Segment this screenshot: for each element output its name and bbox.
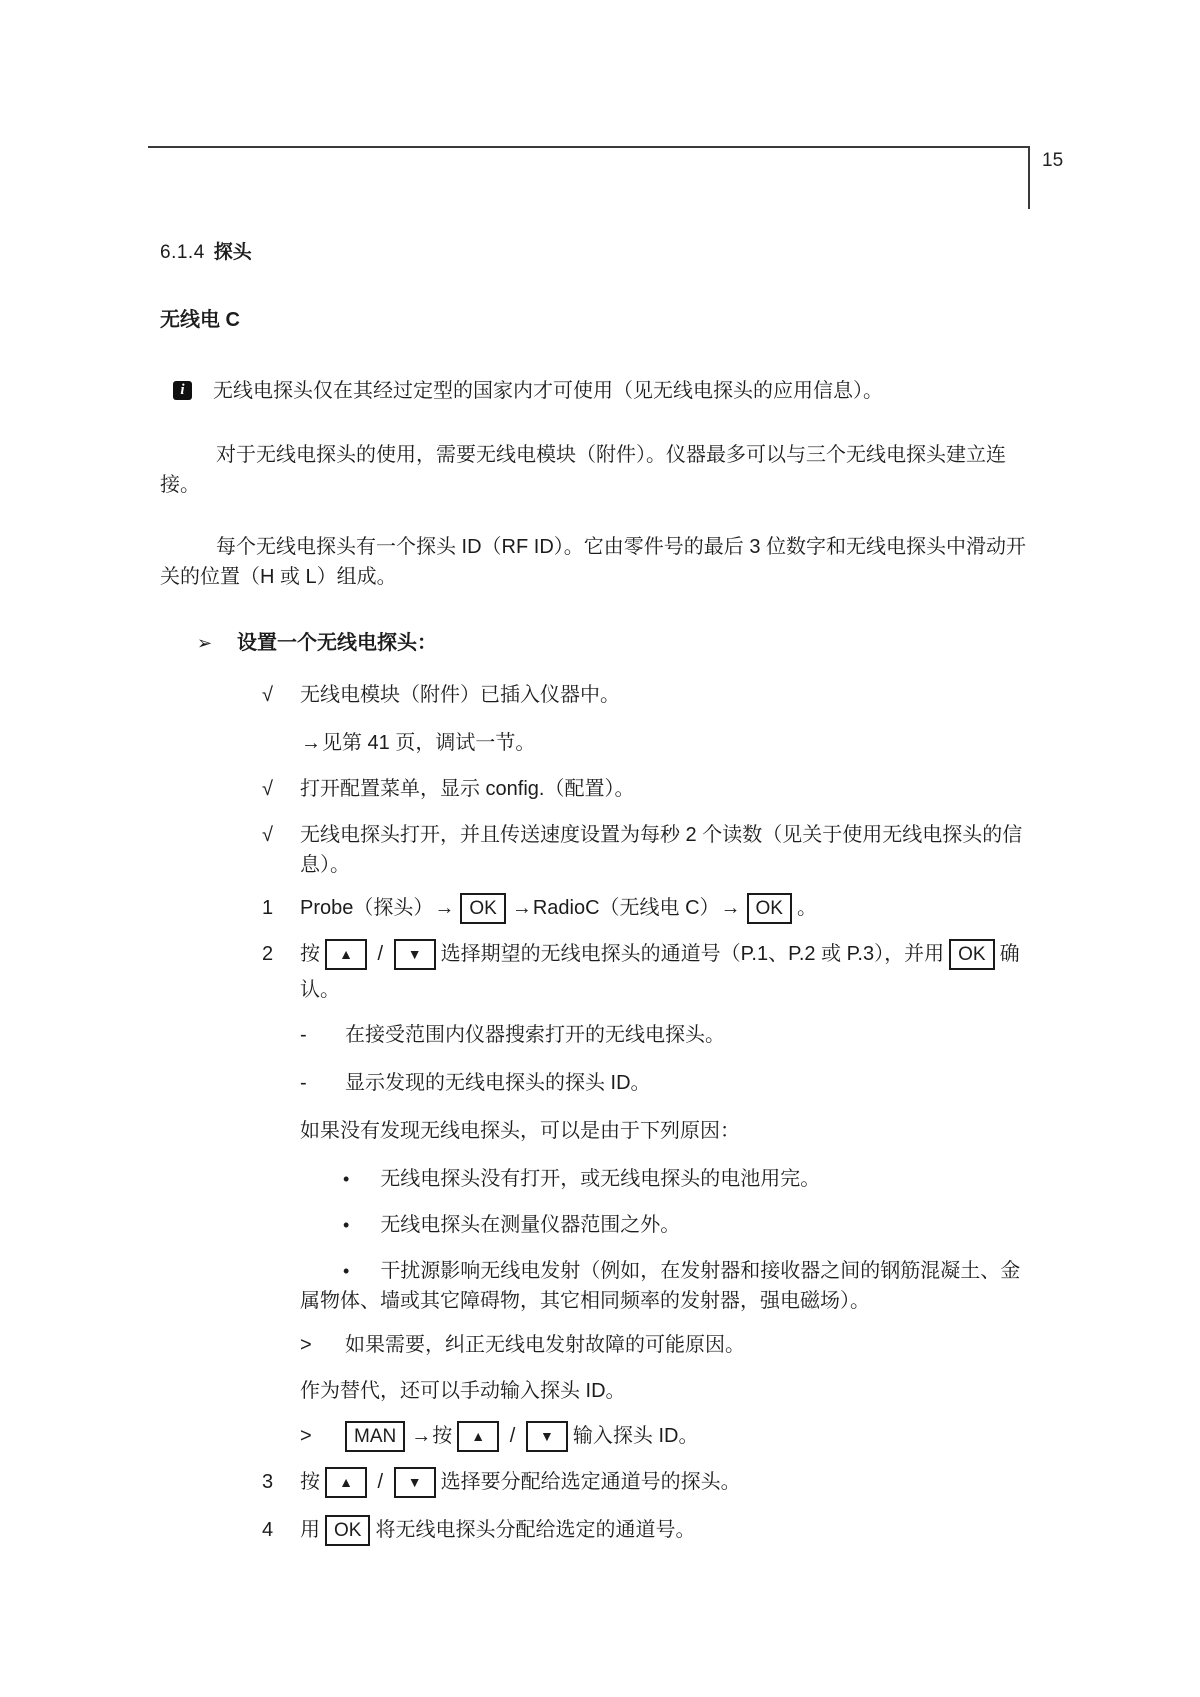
dash-item-1: - 在接受范围内仪器搜索打开的无线电探头。 <box>160 1020 1036 1050</box>
dash-item-2: - 显示发现的无线电探头的探头 ID。 <box>160 1068 1036 1098</box>
check-item-1: √ 无线电模块（附件）已插入仪器中。 <box>160 680 1036 710</box>
dash-marker: - <box>300 1020 345 1050</box>
info-icon: i <box>173 381 192 400</box>
reference-text: 见第 41 页，调试一节。 <box>322 732 535 754</box>
step-number: 3 <box>262 1464 300 1500</box>
bullet-icon: • <box>343 1210 349 1240</box>
alternative-text: 作为替代，还可以手动输入探头 ID。 <box>300 1376 1036 1406</box>
step-number: 1 <box>262 890 300 926</box>
man-key: MAN <box>345 1421 405 1452</box>
action-item-text: 如果需要，纠正无线电发射故障的可能原因。 <box>345 1330 1036 1360</box>
paragraph-2: 每个无线电探头有一个探头 ID（RF ID）。它由零件号的最后 3 位数字和无线… <box>160 532 1036 592</box>
check-item-text: 无线电模块（附件）已插入仪器中。 <box>300 680 1036 710</box>
note-text: 无线电探头仅在其经过定型的国家内才可使用（见无线电探头的应用信息）。 <box>213 376 1036 406</box>
procedure-heading: ➢ 设置一个无线电探头： <box>160 628 1036 658</box>
arrow-icon: → <box>720 897 742 919</box>
bullet-item-3: •干扰源影响无线电发射（例如，在发射器和接收器之间的钢筋混凝土、金属物体、墙或其… <box>300 1256 1036 1316</box>
down-key: ▼ <box>526 1421 568 1452</box>
step-text: 按▲ / ▼选择要分配给选定通道号的探头。 <box>300 1464 1036 1500</box>
step-text: 用OK将无线电探头分配给选定的通道号。 <box>300 1512 1036 1548</box>
ok-key: OK <box>747 893 792 924</box>
check-item-text: 打开配置菜单，显示 config.（配置）。 <box>300 774 1036 804</box>
step-number: 2 <box>262 936 300 1008</box>
dash-item-text: 在接受范围内仪器搜索打开的无线电探头。 <box>345 1020 1036 1050</box>
down-key: ▼ <box>394 1467 436 1498</box>
arrow-icon: → <box>433 897 455 919</box>
step-text: Probe（探头）→OK→RadioC（无线电 C）→OK。 <box>300 890 1036 926</box>
step-item-1: 1 Probe（探头）→OK→RadioC（无线电 C）→OK。 <box>160 890 1036 926</box>
ok-key: OK <box>949 939 994 970</box>
page-content: 6.1.4探头 无线电 C i 无线电探头仅在其经过定型的国家内才可使用（见无线… <box>160 146 1036 1548</box>
action-item-2: > MAN→按▲ / ▼输入探头 ID。 <box>160 1418 1036 1454</box>
check-item-2: √ 打开配置菜单，显示 config.（配置）。 <box>160 774 1036 804</box>
gt-marker: > <box>300 1418 345 1454</box>
no-probe-intro: 如果没有发现无线电探头，可以是由于下列原因： <box>300 1116 1036 1146</box>
check-icon: √ <box>262 820 300 880</box>
arrow-icon: → <box>410 1425 432 1447</box>
section-number: 6.1.4 <box>160 242 205 263</box>
subsection-title: 无线电 C <box>160 306 1036 334</box>
bullet-text: 无线电探头没有打开，或无线电探头的电池用完。 <box>380 1168 820 1190</box>
step-text: 按▲ / ▼选择期望的无线电探头的通道号（P.1、P.2 或 P.3），并用OK… <box>300 936 1036 1008</box>
bullet-item-2: •无线电探头在测量仪器范围之外。 <box>300 1210 1036 1240</box>
paragraph-1: 对于无线电探头的使用，需要无线电模块（附件）。仪器最多可以与三个无线电探头建立连… <box>160 440 1036 500</box>
step-item-2: 2 按▲ / ▼选择期望的无线电探头的通道号（P.1、P.2 或 P.3），并用… <box>160 936 1036 1008</box>
gt-marker: > <box>300 1330 345 1360</box>
ref-arrow-icon: → <box>300 732 322 754</box>
bullet-icon: • <box>343 1164 349 1194</box>
action-item-text: MAN→按▲ / ▼输入探头 ID。 <box>345 1418 1036 1454</box>
bullet-text: 无线电探头在测量仪器范围之外。 <box>380 1214 680 1236</box>
check-item-3: √ 无线电探头打开，并且传送速度设置为每秒 2 个读数（见关于使用无线电探头的信… <box>160 820 1036 880</box>
ok-key: OK <box>325 1515 370 1546</box>
info-note: i 无线电探头仅在其经过定型的国家内才可使用（见无线电探头的应用信息）。 <box>160 376 1036 406</box>
section-title: 探头 <box>214 242 252 263</box>
dash-marker: - <box>300 1068 345 1098</box>
document-page: 15 6.1.4探头 无线电 C i 无线电探头仅在其经过定型的国家内才可使用（… <box>0 0 1200 1697</box>
up-key: ▲ <box>457 1421 499 1452</box>
action-item-1: > 如果需要，纠正无线电发射故障的可能原因。 <box>160 1330 1036 1360</box>
procedure-arrow-icon: ➢ <box>197 628 237 658</box>
check-item-text: 无线电探头打开，并且传送速度设置为每秒 2 个读数（见关于使用无线电探头的信息）… <box>300 820 1036 880</box>
ok-key: OK <box>460 893 505 924</box>
page-number: 15 <box>1042 150 1063 172</box>
step-item-3: 3 按▲ / ▼选择要分配给选定通道号的探头。 <box>160 1464 1036 1500</box>
check-icon: √ <box>262 774 300 804</box>
arrow-icon: → <box>511 897 533 919</box>
bullet-text: 干扰源影响无线电发射（例如，在发射器和接收器之间的钢筋混凝土、金属物体、墙或其它… <box>300 1260 1020 1312</box>
bullet-item-1: •无线电探头没有打开，或无线电探头的电池用完。 <box>300 1164 1036 1194</box>
procedure-heading-text: 设置一个无线电探头： <box>237 628 1036 658</box>
check-icon: √ <box>262 680 300 710</box>
section-heading: 6.1.4探头 <box>160 240 1036 266</box>
bullet-icon: • <box>343 1256 349 1286</box>
down-key: ▼ <box>394 939 436 970</box>
reference-line: →见第 41 页，调试一节。 <box>300 728 1036 758</box>
up-key: ▲ <box>325 1467 367 1498</box>
dash-item-text: 显示发现的无线电探头的探头 ID。 <box>345 1068 1036 1098</box>
step-number: 4 <box>262 1512 300 1548</box>
step-item-4: 4 用OK将无线电探头分配给选定的通道号。 <box>160 1512 1036 1548</box>
up-key: ▲ <box>325 939 367 970</box>
